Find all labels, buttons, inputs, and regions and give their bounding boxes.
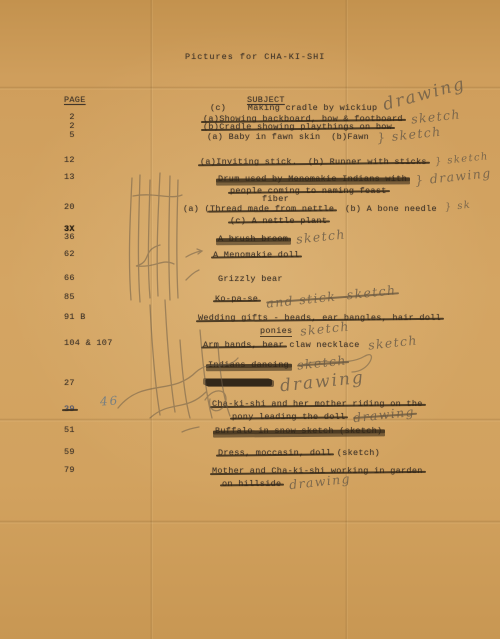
handwritten-annotation: drawing (289, 474, 352, 490)
typed-text: Buffalo in snow sketch (sketch) (215, 427, 382, 437)
page-number: 62 (64, 249, 75, 259)
subject-line: (a) (Thread made from nettle (b) A bone … (183, 202, 498, 215)
document-page: Pictures for CHA-KI-SHI PAGE SUBJECT (c)… (0, 0, 500, 639)
subject-line: drawing (205, 378, 498, 389)
table-row: 3946Cha-ki-shi and her mother riding on … (0, 398, 500, 416)
page-number: 12 (64, 155, 75, 165)
typed-text: on hillside (222, 480, 281, 490)
handwritten-annotation: sketch (367, 335, 418, 350)
subject-line: Buffalo in snow sketch (sketch) (215, 425, 498, 437)
subject-line: (c) A nettle plant (230, 215, 498, 227)
typed-text: Indians dancing (208, 361, 289, 371)
typed-text: A brush broom (218, 235, 288, 245)
subject-line: pony leading the dolldrawing (232, 410, 498, 423)
typed-text: (sketch) (331, 448, 380, 458)
page-number: 13 (64, 172, 75, 182)
page-number: 36 (64, 232, 75, 242)
page-number: 5 (64, 130, 75, 140)
page-number: 79 (64, 465, 75, 475)
page-number: 51 (64, 425, 75, 435)
handwritten-annotation: drawing (353, 407, 416, 423)
page-number: 85 (64, 292, 75, 302)
handwritten-annotation: sketch (296, 229, 347, 244)
subject-line: poniessketch (260, 324, 498, 337)
typed-text: pony leading the doll (232, 413, 345, 423)
subject-line: on hillsidedrawing (222, 477, 498, 490)
typed-text: Ko-pa-se (215, 295, 258, 305)
typed-text: Thread made from nettle (210, 205, 334, 215)
handwritten-annotation: and stick sketch (266, 285, 397, 308)
typed-text: (c) A nettle plant (230, 217, 327, 227)
handwritten-annotation: sketch (297, 355, 348, 370)
subject-line: (a)Inviting stick. (b) Runner with stick… (200, 155, 498, 168)
page-number: 59 (64, 447, 75, 457)
subject-line: A brush broomsketch (218, 232, 498, 245)
handwritten-annotation: } drawing (415, 168, 492, 186)
subject-line: A Menomakie doll (213, 249, 498, 261)
typed-text: (b) A bone needle (334, 204, 437, 214)
page-number: 104 & 107 (64, 338, 113, 348)
page-title: Pictures for CHA-KI-SHI (185, 52, 325, 62)
typed-text: Drum used by Menomakie Indians with (218, 175, 407, 185)
paper-crease (0, 520, 500, 524)
subject-line: Mother and Cha-ki-shi working in garden (212, 465, 498, 477)
handwritten-annotation: } sketch (377, 127, 442, 143)
redacted-text (205, 379, 272, 386)
subject-line: Drum used by Menomakie Indians with} dra… (218, 172, 498, 185)
page-number: 39 (64, 404, 75, 414)
typed-text: claw necklace (284, 340, 360, 350)
subject-line: Arm bands, bear claw necklacesketch (203, 338, 498, 351)
handwritten-page-number: 46 (100, 393, 120, 408)
handwritten-annotation: sketch (300, 321, 351, 336)
page-number: 27 (64, 378, 75, 388)
typed-text: Grizzly bear (218, 274, 283, 284)
subject-line: Cha-ki-shi and her mother riding on the (212, 398, 498, 410)
subject-line: Ko-pa-seand stick sketch (215, 292, 498, 305)
subject-line: (a) Baby in fawn skin (b)Fawn} sketch (207, 130, 498, 143)
typed-text: A Menomakie doll (213, 251, 299, 261)
handwritten-annotation: drawing (280, 374, 366, 393)
subject-line: Dress, moccasin, doll (sketch) (218, 447, 498, 459)
page-number: 66 (64, 273, 75, 283)
typed-text: Dress, moccasin, doll (218, 449, 331, 459)
typed-text: Arm bands, bear (203, 341, 284, 351)
paper-crease (150, 0, 153, 639)
column-header-page: PAGE (64, 95, 86, 105)
page-number: 91 B (64, 312, 86, 322)
typed-text: (a) Baby in fawn skin (b)Fawn (207, 132, 369, 142)
subject-line: Grizzly bear (218, 273, 498, 285)
typed-text: (a) ( (183, 204, 210, 214)
typed-text: ponies (260, 326, 292, 337)
typed-text: (a)Inviting stick. (b) Runner with stick… (200, 158, 427, 168)
handwritten-annotation: } sk (444, 201, 471, 213)
page-number: 20 (64, 202, 75, 212)
